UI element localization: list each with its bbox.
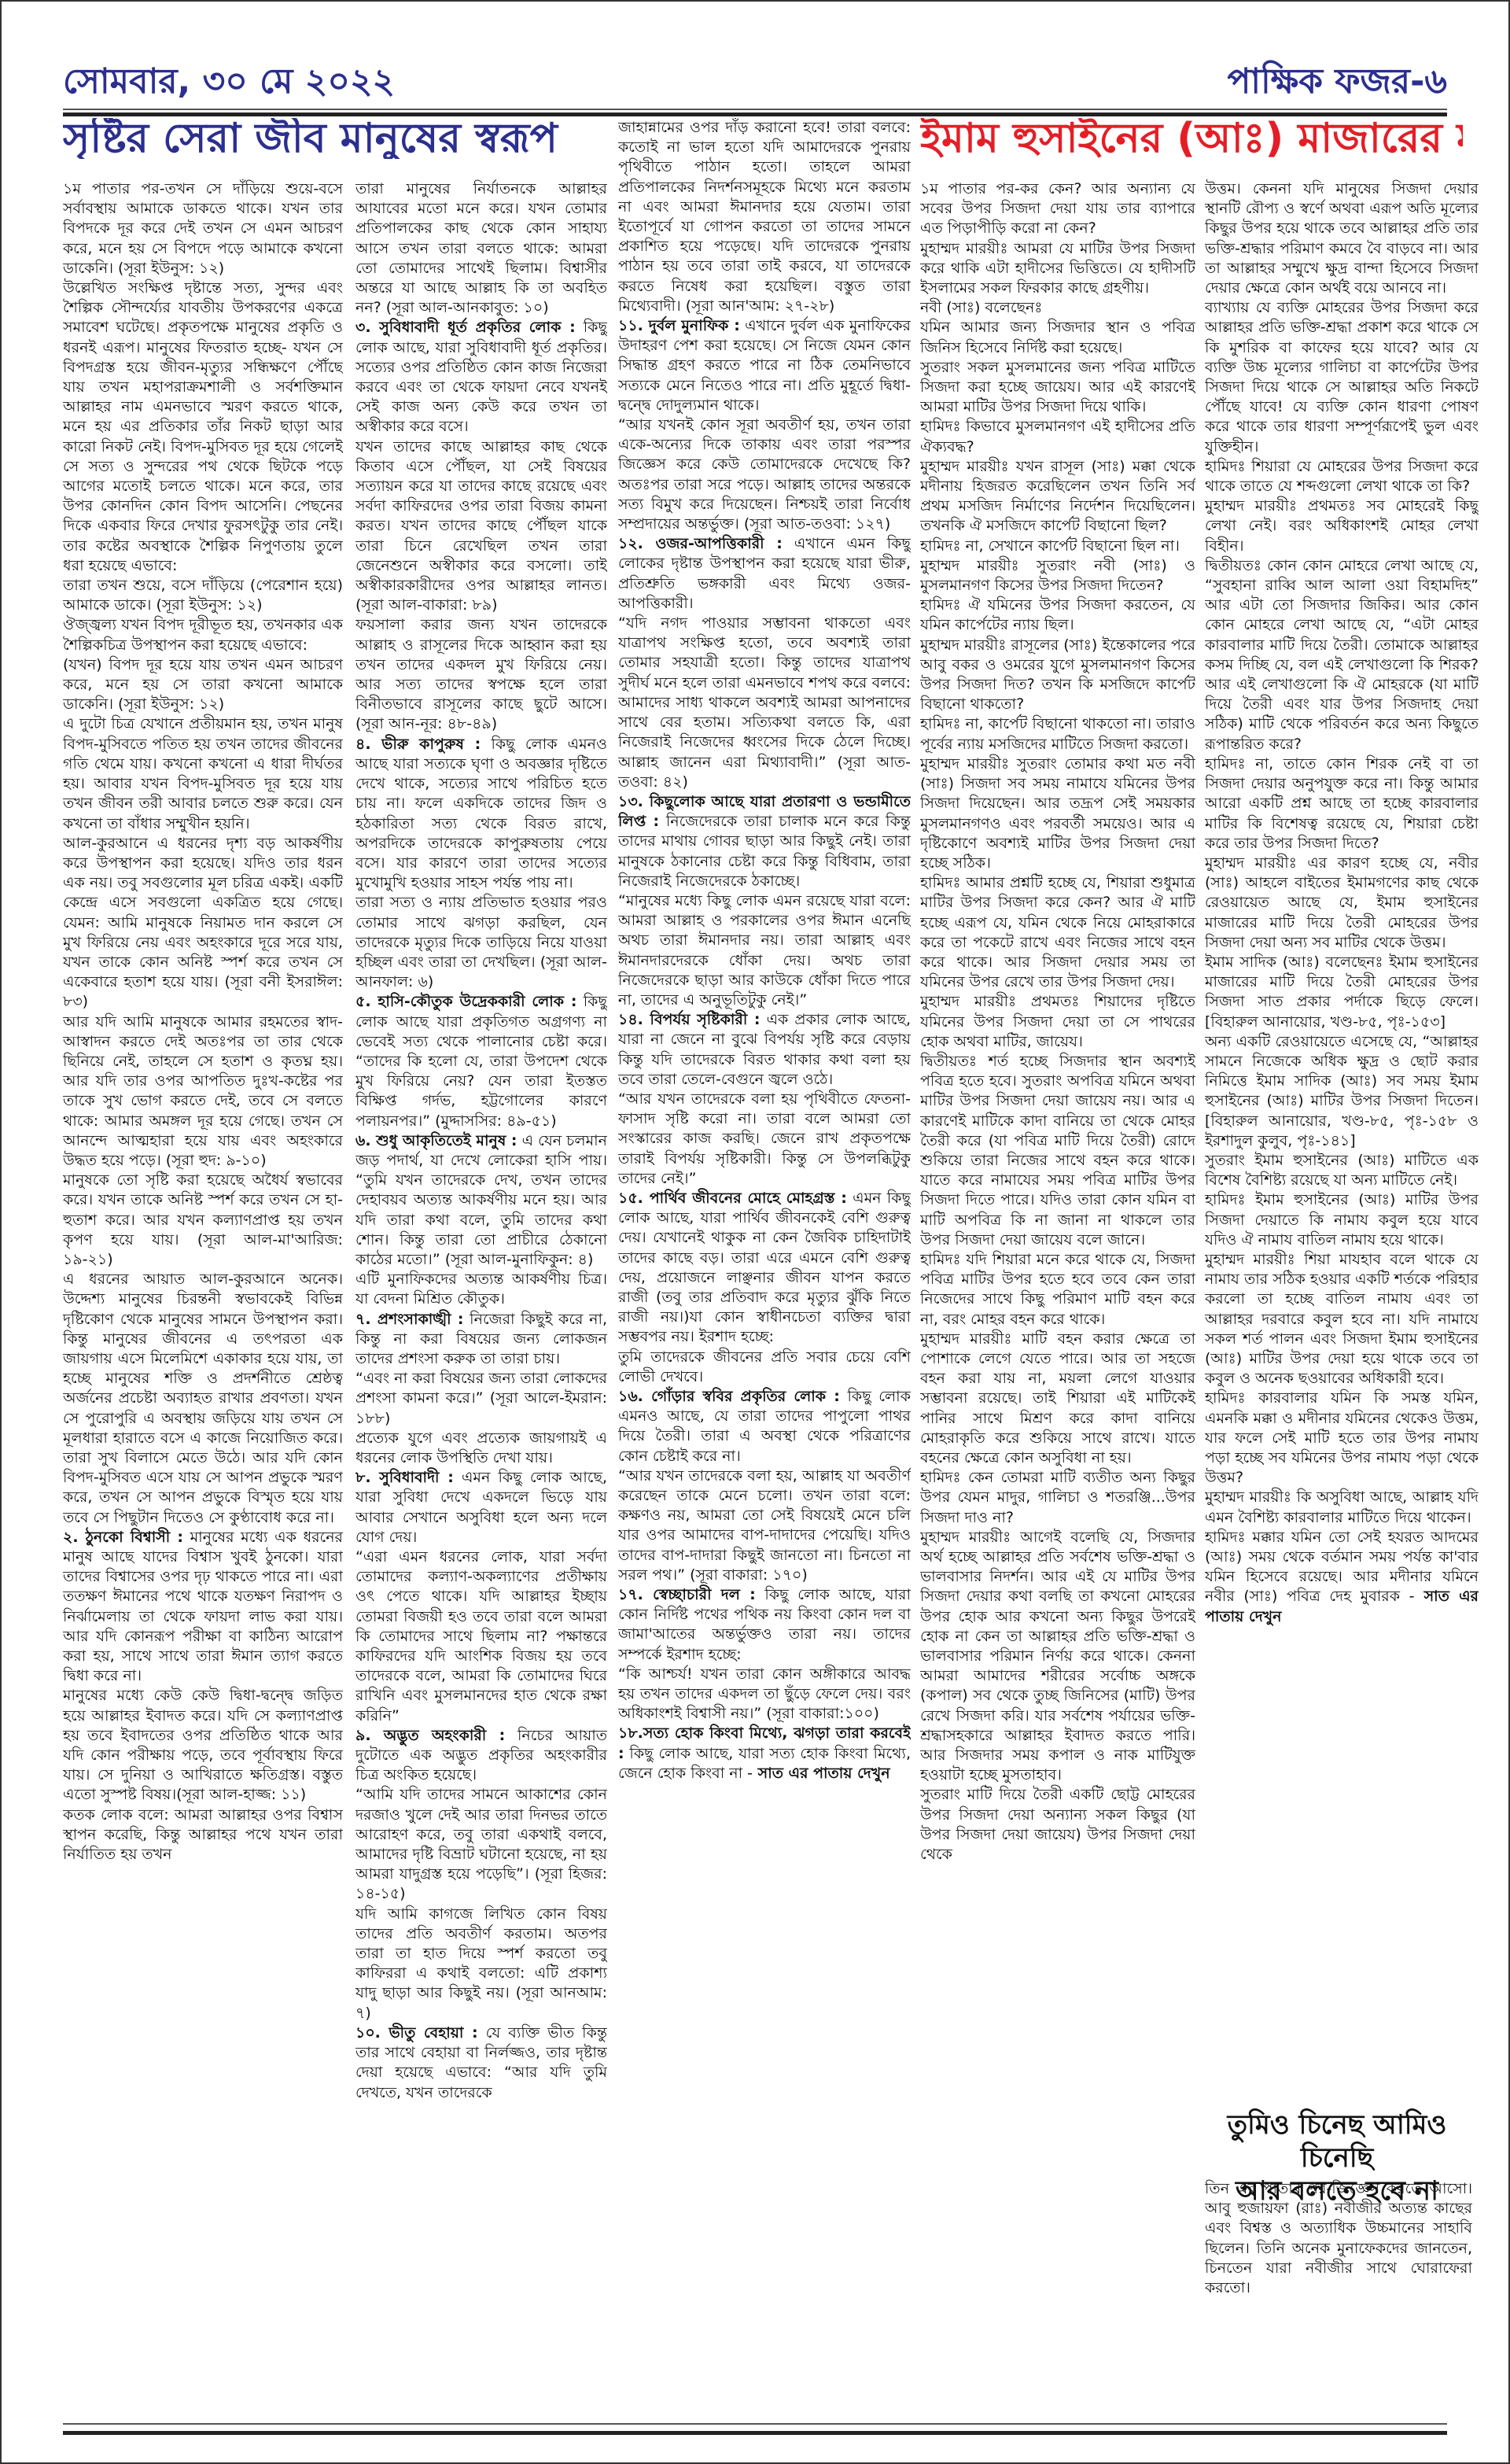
paragraph: এ ধরনের আয়াত আল-কুরআনে অনেক। উদ্দেশ্য ম…	[63, 1270, 343, 1528]
paragraph: হামিদঃ মক্কার যমিন তো সেই হযরত আদমের (আঃ…	[1205, 1528, 1479, 1627]
paragraph: “এবং না করা বিষয়ের জন্য তারা লোকদের প্র…	[355, 1369, 607, 1429]
paragraph: মুহাম্মদ মারয়ীঃ আমরা যে মাটির উপর সিজদা…	[920, 239, 1195, 299]
paragraph: হামিদঃ কেন তোমরা মাটি ব্যতীত অন্য কিছুর …	[920, 1468, 1195, 1528]
paragraph: ৯. অদ্ভুত অহংকারী : নিচের আয়াত দুটোতে এ…	[355, 1726, 607, 1786]
left-article-headline: সৃষ্টির সেরা জীব মানুষের স্বরূপ	[63, 118, 598, 159]
paragraph: কতক লোক বলে: আমরা আল্লাহর ওপর বিশ্বাস স্…	[63, 1806, 343, 1865]
paragraph: তুমি তাদেরকে জীবনের প্রতি সবার চেয়ে বেশ…	[618, 1348, 911, 1387]
masthead-rule-thin	[63, 109, 1447, 110]
paragraph: “আর যখন তাদেরকে বলা হয়, আল্লাহ যা অবতীর…	[618, 1466, 911, 1585]
paragraph: “আমি যদি তাদের সামনে আকাশের কোন দরজাও খু…	[355, 1785, 607, 1904]
paragraph: হামিদঃ ইমাম হুসাইনের (আঃ) মাটির উপর সিজদ…	[1205, 1190, 1479, 1250]
paragraph: ৩. সুবিধাবাদী ধূর্ত প্রকৃতির লোক : কিছু …	[355, 318, 607, 437]
paragraph: এ দুটো চিত্র যেখানে প্রতীয়মান হয়, তখন …	[63, 714, 343, 833]
paragraph: এটি মুনাফিকদের অত্যন্ত আকর্ষণীয় চিত্র। …	[355, 1270, 607, 1309]
paragraph: মুহাম্মদ মারয়ীঃ সুতরাং নবী (সাঃ) ও মুসল…	[920, 556, 1195, 596]
paragraph: ব্যাখ্যায় যে ব্যক্তি মোহরের উপর সিজদা ক…	[1205, 298, 1479, 457]
paragraph: “এরা এমন ধরনের লোক, যারা সর্বদা তোমাদের …	[355, 1547, 607, 1726]
paragraph: ঔজ্জ্বল্য যখন বিপদ দূরীভূত হয়, তখনকার এ…	[63, 615, 343, 655]
paragraph: যমিন আমার জন্য সিজদার স্থান ও পবিত্র জিন…	[920, 318, 1195, 357]
paragraph: ১২. ওজর-আপত্তিকারী : এখানে এমন কিছু লোকে…	[618, 534, 911, 614]
paragraph: ৬. শুধু আকৃতিতেই মানুষ : এ যেন চলমান জড়…	[355, 1131, 607, 1270]
paragraph: আল-কুরআনে এ ধরনের দৃশ্য বড় আকর্ষণীয় কর…	[63, 834, 343, 1013]
left-article-column-2: তারা মানুষের নির্যাতনকে আল্লাহর আযাবের ম…	[355, 179, 607, 2272]
continued-on-page-link: সাত এর পাতায় দেখুন	[1205, 1588, 1479, 1625]
paragraph: ১৭. স্বেচ্ছাচারী দল : কিছু লোক আছে, যারা…	[618, 1585, 911, 1665]
paragraph: দ্বিতীয়তঃ কোন কোন মোহরে লেখা আছে যে, “স…	[1205, 556, 1479, 754]
paragraph: হামিদঃ ঐ যমিনের উপর সিজদা করতেন, যে যমিন…	[920, 596, 1195, 635]
masthead: সোমবার, ৩০ মে ২০২২ পাক্ষিক ফজর-৬	[63, 55, 1447, 109]
paragraph: “কি আশ্চর্য! যখন তারা কোন অঙ্গীকারে আবদ্…	[618, 1665, 911, 1724]
paragraph: হামিদঃ কিভাবে মুসলমানগণ এই হাদীসের প্রতি…	[920, 417, 1195, 456]
paragraph: মুহাম্মদ মারয়ীঃ মাটি বহন করার ক্ষেত্রে …	[920, 1330, 1195, 1468]
paragraph: ইমাম সাদিক (আঃ) বলেছেনঃ ইমাম হুসাইনের মা…	[1205, 953, 1479, 1032]
paragraph: ৭. প্রশংসাকাঙ্খী : নিজেরা কিছুই করে না, …	[355, 1310, 607, 1370]
paragraph: হামিদঃ আমার প্রশ্নটি হচ্ছে যে, শিয়ারা শ…	[920, 873, 1195, 992]
paragraph: আর যদি আমি মানুষকে আমার রহমতের স্বাদ-আস্…	[63, 1013, 343, 1171]
continued-on-page-link: সাত এর পাতায় দেখুন	[753, 1765, 890, 1782]
paragraph: মুহাম্মদ মারয়ীঃ প্রথমতঃ সব মোহরেই কিছু …	[1205, 496, 1479, 556]
paragraph: ১ম পাতার পর-কর কেন? আর অন্যান্য যে সবের …	[920, 179, 1195, 239]
paragraph: মুহাম্মদ মারয়ীঃ আগেই বলেছি যে, সিজদার অ…	[920, 1528, 1195, 1786]
paragraph: তিন এর পাতার পর-জিজ্ঞেস করতে আসো। আবু হু…	[1205, 2179, 1472, 2297]
boxed-headline-line1: তুমিও চিনেছ আমিও চিনেছি	[1195, 2108, 1479, 2174]
paragraph: অন্য একটি রেওয়ায়েতে এসেছে যে, “আল্লাহর…	[1205, 1032, 1479, 1151]
paragraph: তারা মানুষের নির্যাতনকে আল্লাহর আযাবের ম…	[355, 179, 607, 318]
page-label: পাক্ষিক ফজর-৬	[1227, 55, 1447, 113]
paragraph: মুহাম্মদ মারয়ীঃ শিয়া মাযহাব বলে থাকে য…	[1205, 1250, 1479, 1389]
left-article-column-3: জাহান্নামের ওপর দাঁড় করানো হবে! তারা বল…	[618, 118, 911, 2272]
paragraph: মুহাম্মদ মারয়ীঃ কি অসুবিধা আছে, আল্লাহ …	[1205, 1488, 1479, 1527]
paragraph: হামিদঃ না, তাতে কোন শিরক নেই বা তা সিজদা…	[1205, 754, 1479, 854]
right-article-headline: ইমাম হুসাইনের (আঃ) মাজারের মাটির	[920, 118, 1463, 159]
paragraph: ১৪. বিপর্যয় সৃষ্টিকারী : এক প্রকার লোক …	[618, 1010, 911, 1090]
paragraph: মানুষের মধ্যে কেউ কেউ দ্বিধা-দ্বন্দ্বে জ…	[63, 1686, 343, 1805]
paragraph: “যদি নগদ পাওয়ার সম্ভাবনা থাকতো এবং যাত্…	[618, 614, 911, 792]
paragraph: উত্তম। কেননা যদি মানুষের সিজদা দেয়ার স্…	[1205, 179, 1479, 298]
paragraph: ১০. ভীতু বেহায়া : যে ব্যক্তি ভীত কিন্তু…	[355, 2023, 607, 2103]
paragraph: সুতরাং ইমাম হুসাইনের (আঃ) মাটিতে এক বিশে…	[1205, 1151, 1479, 1190]
right-article-column-1: ১ম পাতার পর-কর কেন? আর অন্যান্য যে সবের …	[920, 179, 1195, 2272]
paragraph: উল্লেখিত সংক্ষিপ্ত দৃষ্টান্তে সত্য, সুন্…	[63, 278, 343, 576]
paragraph: ১৮.সত্য হোক কিংবা মিথ্যে, ঝগড়া তারা করব…	[618, 1724, 911, 1783]
paragraph: মুহাম্মদ মারয়ীঃ যখন রাসূল (সাঃ) মক্কা থ…	[920, 457, 1195, 537]
paragraph: যখন তাদের কাছে আল্লাহর কাছ থেকে কিতাব এস…	[355, 437, 607, 616]
right-article-column-2: উত্তম। কেননা যদি মানুষের সিজদা দেয়ার স্…	[1205, 179, 1479, 2067]
paragraph: হামিদঃ যদি শিয়ারা মনে করে থাকে যে, সিজদ…	[920, 1250, 1195, 1330]
paragraph: ৫. হাসি-কৌতুক উদ্রেককারী লোক : কিছু লোক …	[355, 992, 607, 1131]
paragraph: ২. ঠুনকো বিশ্বাসী : মানুষের মধ্যে এক ধরন…	[63, 1528, 343, 1687]
footer-rule-thin	[63, 2423, 1447, 2425]
masthead-rule-thick	[63, 113, 1447, 116]
paragraph: মুহাম্মদ মারয়ীঃ এর কারণ হচ্ছে যে, নবীর …	[1205, 854, 1479, 953]
paragraph: জাহান্নামের ওপর দাঁড় করানো হবে! তারা বল…	[618, 118, 911, 316]
paragraph: ১৬. গোঁড়ার স্ববির প্রকৃতির লোক : কিছু ল…	[618, 1387, 911, 1466]
paragraph: যদি আমি কাগজে লিখিত কোন বিষয় তাদের প্রত…	[355, 1905, 607, 2023]
paragraph: ১১. দুর্বল মুনাফিক : এখানে দুর্বল এক মুন…	[618, 316, 911, 415]
paragraph: মুহাম্মদ মারয়ীঃ রাসূলের (সাঃ) ইন্তেকালে…	[920, 636, 1195, 715]
paragraph: ৪. ভীরু কাপুরুষ : কিছু লোক এমনও আছে যারা…	[355, 735, 607, 894]
footer-rule-thick	[63, 2431, 1447, 2435]
paragraph: প্রত্যেক যুগে এবং প্রত্যেক জায়গায়ই এ ধ…	[355, 1429, 607, 1468]
paragraph: “আর যখন তাদেরকে বলা হয় পৃথিবীতে ফেতনা-ফ…	[618, 1090, 911, 1189]
paragraph: তারা তখন শুয়ে, বসে দাঁড়িয়ে (পেরেশান হ…	[63, 576, 343, 615]
paragraph: ফয়সালা করার জন্য যখন তাদেরকে আল্লাহ ও র…	[355, 615, 607, 734]
boxed-article-body: তিন এর পাতার পর-জিজ্ঞেস করতে আসো। আবু হু…	[1205, 2179, 1472, 2297]
paragraph: দ্বিতীয়তঃ শর্ত হচ্ছে সিজদার স্থান অবশ্য…	[920, 1052, 1195, 1250]
paragraph: ১৩. কিছুলোক আছে যারা প্রতারণা ও ভন্ডামীত…	[618, 792, 911, 891]
paragraph: “আর যখনই কোন সূরা অবতীর্ণ হয়, তখন তারা …	[618, 415, 911, 534]
paragraph: হামিদঃ না, সেখানে কার্পেট বিছানো ছিল না।	[920, 537, 1195, 556]
paragraph: ১৫. পার্থিব জীবনের মোহে মোহগ্রস্ত : এমন …	[618, 1189, 911, 1348]
paragraph: নবী (সাঃ) বলেছেনঃ	[920, 298, 1195, 318]
paragraph: তারা সত্য ও ন্যায় প্রতিভাত হওয়ার পরও ত…	[355, 893, 607, 992]
paragraph: মানুষকে তো সৃষ্টি করা হয়েছে অধৈর্য স্বভ…	[63, 1171, 343, 1270]
paragraph: ৮. সুবিধাবাদী : এমন কিছু লোক আছে, যারা স…	[355, 1468, 607, 1547]
paragraph: মুহাম্মদ মারয়ীঃ প্রথমতঃ শিয়াদের দৃষ্টি…	[920, 992, 1195, 1052]
paragraph: হামিদঃ শিয়ারা যে মোহরের উপর সিজদা করে থ…	[1205, 457, 1479, 496]
left-article-column-1: ১ম পাতার পর-তখন সে দাঁড়িয়ে শুয়ে-বসে স…	[63, 179, 343, 2272]
paragraph: ১ম পাতার পর-তখন সে দাঁড়িয়ে শুয়ে-বসে স…	[63, 179, 343, 278]
paragraph: (যখন) বিপদ দূর হয়ে যায় তখন এমন আচরণ কর…	[63, 655, 343, 715]
paragraph: “মানুষের মধ্যে কিছু লোক এমন রয়েছে যারা …	[618, 891, 911, 1010]
paragraph: সুতরাং মাটি দিয়ে তৈরী একটি ছোট্ট মোহরের…	[920, 1785, 1195, 1865]
paragraph: হামিদঃ না, কার্পেট বিছানো থাকতো না। তারা…	[920, 714, 1195, 754]
paragraph: সুতরাং সকল মুসলমানের জন্য পবিত্র মাটিতে …	[920, 358, 1195, 418]
paragraph: হামিদঃ কারবালার যমিন কি সমস্ত যমিন, এমনক…	[1205, 1389, 1479, 1488]
issue-date: সোমবার, ৩০ মে ২০২২	[63, 55, 395, 113]
paragraph: মুহাম্মদ মারয়ীঃ সুতরাং তোমার কথা মত নবী…	[920, 754, 1195, 873]
